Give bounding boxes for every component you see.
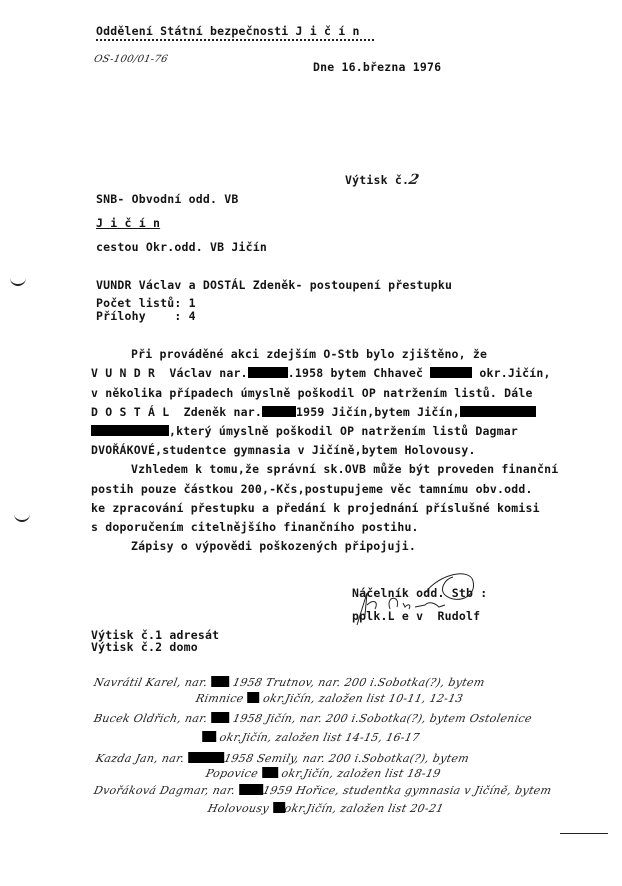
person-name-dostal: D O S T Á L bbox=[91, 405, 169, 419]
redaction-box bbox=[262, 406, 296, 417]
note-fragment: 1958 Trutnov, nar. 200 i.Sobotka(?), byt… bbox=[232, 676, 486, 689]
redaction-box bbox=[460, 406, 536, 417]
addressee-line1: SNB- Obvodní odd. VB bbox=[96, 192, 238, 206]
note-fragment: Kazda Jan, nar. bbox=[95, 752, 186, 765]
copy-mark-number: 2 bbox=[407, 172, 420, 188]
text-fragment: .1958 bytem Chhaveč bbox=[288, 366, 423, 380]
handwritten-note: Kazda Jan, nar. 1958 Semily, nar. 200 i.… bbox=[95, 752, 471, 765]
handwritten-note: Holovousy okr.Jičín, založen list 20-21 bbox=[207, 802, 445, 815]
body-line: ,který úmyslně poškodil OP natržením lis… bbox=[91, 424, 518, 438]
handwritten-signature bbox=[345, 563, 495, 633]
document-page: Oddělení Státní bezpečnosti J i č í n OS… bbox=[0, 0, 622, 886]
scan-artifact bbox=[560, 833, 608, 834]
redaction-box bbox=[248, 367, 288, 378]
reference-number: OS-100/01-76 bbox=[93, 54, 169, 65]
body-line: Vzhledem k tomu,že správní sk.OVB může b… bbox=[131, 462, 558, 476]
note-fragment: okr.Jičín, založen list 14-15, 16-17 bbox=[218, 731, 420, 744]
page-count: Počet listů: 1 bbox=[96, 296, 196, 310]
note-fragment: okr.Jičín, založen list 18-19 bbox=[280, 767, 442, 780]
redaction-box bbox=[202, 731, 216, 742]
note-fragment: 1959 Hořice, studentka gymnasia v Jičíně… bbox=[262, 784, 553, 797]
note-fragment: 1958 Semily, nar. 200 i.Sobotka(?), byte… bbox=[223, 752, 471, 765]
redaction-box bbox=[262, 767, 278, 778]
handwritten-note: Bucek Oldřich, nar. 1958 Jičín, nar. 200… bbox=[93, 712, 534, 725]
note-fragment: Dvořáková Dagmar, nar. bbox=[93, 784, 237, 797]
document-date: Dne 16.března 1976 bbox=[313, 60, 441, 74]
note-fragment: Popovice bbox=[205, 767, 260, 780]
subject-title: VUNDR Václav a DOSTÁL Zdeněk- postoupení… bbox=[96, 278, 452, 292]
redaction-box bbox=[211, 676, 229, 687]
copy-mark-label: Výtisk č. bbox=[345, 173, 409, 187]
body-line: V U N D R Václav nar..1958 bytem Chhaveč… bbox=[91, 366, 551, 380]
person-name-vundr: V U N D R bbox=[91, 366, 155, 380]
text-fragment: Václav nar. bbox=[169, 366, 247, 380]
margin-mark bbox=[14, 512, 30, 522]
attachments-count: Přílohy : 4 bbox=[96, 309, 196, 323]
redaction-box bbox=[248, 692, 260, 703]
redaction-box bbox=[273, 802, 285, 813]
handwritten-note: Navrátil Karel, nar. 1958 Trutnov, nar. … bbox=[93, 676, 486, 689]
text-fragment: 1959 Jičín,bytem Jičín, bbox=[296, 405, 460, 419]
body-line: D O S T Á L Zdeněk nar.1959 Jičín,bytem … bbox=[91, 405, 536, 419]
note-fragment: Rimnice bbox=[195, 692, 245, 705]
addressee-city: J i č í n bbox=[96, 216, 160, 230]
redaction-box bbox=[188, 752, 224, 763]
redaction-box bbox=[211, 712, 229, 723]
handwritten-note: okr.Jičín, založen list 14-15, 16-17 bbox=[201, 731, 421, 744]
note-fragment: Navrátil Karel, nar. bbox=[93, 676, 209, 689]
body-line: v několika případech úmyslně poškodil OP… bbox=[91, 386, 533, 400]
redaction-box bbox=[91, 425, 169, 436]
redaction-box bbox=[430, 367, 472, 378]
body-line: Zápisy o výpovědi poškozených připojuji. bbox=[131, 539, 416, 553]
body-line: s doporučením citelnějšího finančního po… bbox=[91, 520, 419, 534]
body-line: Při prováděné akci zdejším O-Stb bylo zj… bbox=[131, 347, 487, 361]
text-fragment: okr.Jičín, bbox=[479, 366, 550, 380]
note-fragment: Bucek Oldřich, nar. bbox=[93, 712, 209, 725]
department-heading: Oddělení Státní bezpečnosti J i č í n bbox=[96, 24, 360, 38]
heading-rule bbox=[96, 39, 374, 41]
body-line: postih pouze částkou 200,-Kčs,postupujem… bbox=[91, 482, 533, 496]
note-fragment: 1958 Jičín, nar. 200 i.Sobotka(?), bytem… bbox=[232, 712, 533, 725]
handwritten-note: Popovice okr.Jičín, založen list 18-19 bbox=[205, 767, 442, 780]
distribution-line: Výtisk č.2 domo bbox=[91, 640, 198, 654]
margin-mark bbox=[10, 276, 26, 286]
handwritten-note: Rimnice okr.Jičín, založen list 10-11, 1… bbox=[195, 692, 465, 705]
addressee-via: cestou Okr.odd. VB Jičín bbox=[96, 240, 267, 254]
handwritten-note: Dvořáková Dagmar, nar. 1959 Hořice, stud… bbox=[93, 784, 553, 797]
text-fragment: Zdeněk nar. bbox=[184, 405, 262, 419]
body-line: DVOŘÁKOVÉ,studentce gymnasia v Jičíně,by… bbox=[91, 443, 476, 457]
copy-mark: Výtisk č.2 bbox=[345, 172, 419, 188]
body-line: ke zpracování přestupku a předání k proj… bbox=[91, 501, 540, 515]
note-fragment: okr.Jičín, založen list 10-11, 12-13 bbox=[262, 692, 464, 705]
note-fragment: Holovousy bbox=[207, 802, 271, 815]
note-fragment: okr.Jičín, založen list 20-21 bbox=[283, 802, 445, 815]
text-fragment: ,který úmyslně poškodil OP natržením lis… bbox=[169, 424, 518, 438]
redaction-box bbox=[239, 784, 263, 795]
